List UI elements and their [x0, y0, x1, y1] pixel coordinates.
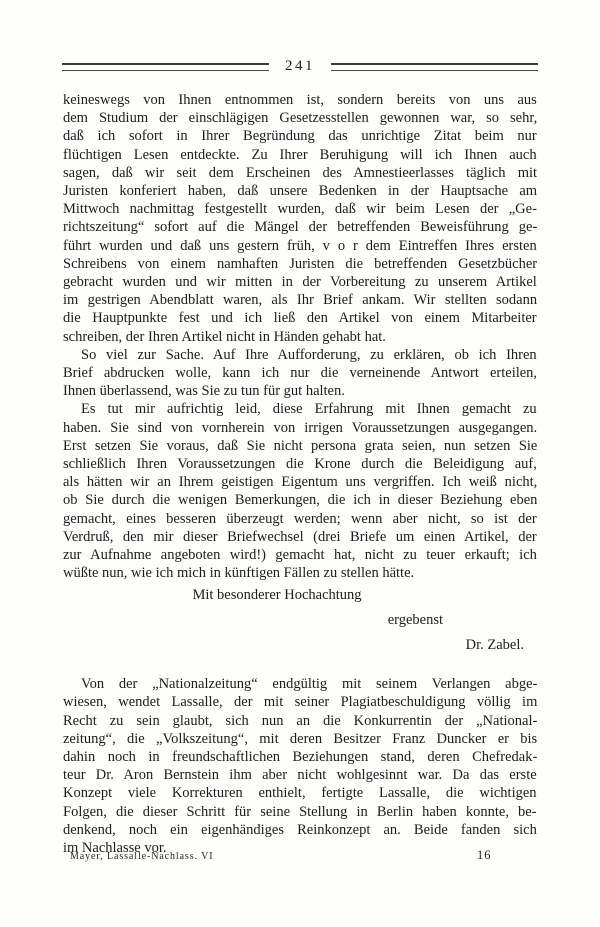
closing-valediction: ergebenst [63, 611, 537, 629]
text-line: zeitung“, die „Volkszeitung“, mit deren … [63, 730, 537, 748]
text-line: führt wurden und daß uns gestern früh, v… [63, 237, 537, 255]
text-line: So viel zur Sache. Auf Ihre Aufforderung… [63, 346, 537, 364]
text-line: Erst setzen Sie voraus, daß Sie nicht pe… [63, 437, 537, 455]
editorial-note: Von der „Nationalzeitung“ endgültig mit … [63, 675, 537, 857]
header-rule-left [62, 63, 269, 71]
paragraph: Von der „Nationalzeitung“ endgültig mit … [63, 675, 537, 857]
text-line: haben. Sie sind von vornherein von irrig… [63, 419, 537, 437]
text-line: Recht zu sein glaubt, sich nun an die Ko… [63, 712, 537, 730]
text-line: gebracht wurden und wir mitten in der Vo… [63, 273, 537, 291]
letter-body: keineswegs von Ihnen entnommen ist, sond… [63, 91, 537, 857]
text-line: Juristen konferiert haben, daß unsere Be… [63, 182, 537, 200]
text-line: flüchtigen Lesen entdeckte. Zu Ihrer Ber… [63, 146, 537, 164]
text-line: Mittwoch nachmittag festgestellt wurden,… [63, 200, 537, 218]
text-line: Brief abdrucken wolle, kann ich nur die … [63, 364, 537, 382]
text-line: schließlich Ihren Voraussetzungen die Kr… [63, 455, 537, 473]
text-line: daß ich sofort in Ihrer Begründung das u… [63, 127, 537, 145]
text-line: als hätten wir an Ihrem geistigen Eigent… [63, 473, 537, 491]
closing-signature: Dr. Zabel. [63, 636, 537, 654]
text-line: wiesen, wendet Lassalle, der mit seiner … [63, 693, 537, 711]
footer-page-number: 16 [477, 848, 492, 863]
text-line: die Hauptpunkte fest und ich ließ den Ar… [63, 309, 537, 327]
paragraph: keineswegs von Ihnen entnommen ist, sond… [63, 91, 537, 346]
text-line: dahin noch in freundschaftlichen Beziehu… [63, 748, 537, 766]
footer-citation: Mayer, Lassalle-Nachlass. VI [70, 851, 213, 862]
text-line: richtszeitung“ sofort auf die Mängel der… [63, 218, 537, 236]
text-line: gemacht, eines besseren überzeugt werden… [63, 510, 537, 528]
running-head: 241 [62, 59, 538, 74]
text-line: schreiben, der Ihren Artikel nicht in Hä… [63, 328, 537, 346]
text-line: ob Sie durch die wenigen Bemerkungen, di… [63, 491, 537, 509]
text-line: zur Aufnahme angeboten wird!) gemacht ha… [63, 546, 537, 564]
closing-salutation: Mit besonderer Hochachtung [40, 586, 514, 604]
text-line: Konzept viele Korrekturen enthielt, fert… [63, 784, 537, 802]
text-line: keineswegs von Ihnen entnommen ist, sond… [63, 91, 537, 109]
text-line: im gestrigen Abendblatt waren, als Ihr B… [63, 291, 537, 309]
text-line: Von der „Nationalzeitung“ endgültig mit … [63, 675, 537, 693]
text-line: sagen, daß wir seit dem Erscheinen des A… [63, 164, 537, 182]
text-line: Ihnen überlassend, was Sie zu tun für gu… [63, 382, 537, 400]
text-line: dem Studium der einschlägigen Gesetzesst… [63, 109, 537, 127]
text-line: wüßte nun, wie ich mich in künftigen Fäl… [63, 564, 537, 582]
book-page: 241 keineswegs von Ihnen entnommen ist, … [0, 0, 600, 927]
page-number-top: 241 [283, 59, 317, 74]
letter-paragraphs: keineswegs von Ihnen entnommen ist, sond… [63, 91, 537, 582]
text-line: Verdruß, den mir dieser Briefwechsel (dr… [63, 528, 537, 546]
header-rule-right [331, 63, 538, 71]
text-line: Schreibens von einem namhaften Juristen … [63, 255, 537, 273]
paragraph: Es tut mir aufrichtig leid, diese Erfahr… [63, 400, 537, 582]
text-line: teur Dr. Aron Bernstein ihm aber nicht w… [63, 766, 537, 784]
paragraph: So viel zur Sache. Auf Ihre Aufforderung… [63, 346, 537, 401]
text-line: denkend, noch ein eigenhändiges Reinkonz… [63, 821, 537, 839]
text-line: Es tut mir aufrichtig leid, diese Erfahr… [63, 400, 537, 418]
text-line: Folgen, die dieser Schritt für seine Ste… [63, 803, 537, 821]
